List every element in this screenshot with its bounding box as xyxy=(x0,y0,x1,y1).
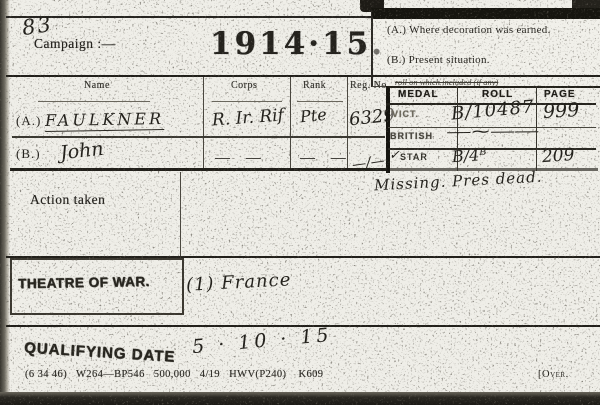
column-header-name: Name xyxy=(84,80,110,91)
victory-page-value: 999 xyxy=(542,99,579,123)
corps-value: R. Ir. Rif xyxy=(211,106,284,131)
form-print-code: (6 34 46) W264—BP546 500,000 4/19 HWV(P2… xyxy=(25,369,323,380)
surname-value: FAULKNER xyxy=(45,109,164,132)
column-divider xyxy=(290,77,291,168)
action-taken-label: Action taken xyxy=(30,192,105,208)
over-label: [Over. xyxy=(538,369,569,380)
column-header-rank: Rank xyxy=(303,80,326,91)
scan-bottom-edge xyxy=(0,392,600,405)
medal-row-victory-label: VICT. xyxy=(392,109,419,119)
campaign-label: Campaign :— xyxy=(34,36,116,52)
rank-value: Pte xyxy=(299,105,328,127)
action-section-divider xyxy=(180,172,181,256)
medal-row-star-label: STAR xyxy=(400,152,428,162)
legend-line-a: (A.) Where decoration was earned. xyxy=(387,24,551,36)
scan-left-edge xyxy=(0,0,10,405)
row-b-prefix: (B.) xyxy=(16,146,41,162)
star-roll-value: B/4ᴮ xyxy=(451,145,487,166)
header-underline xyxy=(212,101,282,102)
legend-line-b: (B.) Present situation. xyxy=(387,54,490,66)
british-ditto-mark: —~—— xyxy=(446,121,538,141)
medal-col-header: MEDAL xyxy=(398,89,439,100)
medal-row-british-label: BRITISH xyxy=(390,131,433,141)
qualifying-date-value: 5 · 10 · 15 xyxy=(191,324,333,358)
column-divider xyxy=(203,77,204,168)
star-tick-mark: ✓ xyxy=(389,148,400,163)
column-header-reg-no: Reg. No. xyxy=(350,80,390,91)
row-b-corps-dash: — — xyxy=(215,152,267,166)
page-col-header: PAGE xyxy=(544,89,576,100)
campaign-title: 1914·15. xyxy=(210,26,385,62)
theatre-of-war-stamp: THEATRE OF WAR. xyxy=(18,274,150,291)
qualifying-date-stamp: QUALIFYING DATE xyxy=(24,339,176,365)
theatre-of-war-value: (1) France xyxy=(186,269,292,295)
row-b-rank-dash: — — xyxy=(300,152,352,166)
header-underline xyxy=(38,101,150,102)
star-page-value: 209 xyxy=(541,145,575,167)
column-header-corps: Corps xyxy=(231,80,257,91)
row-a-prefix: (A.) xyxy=(16,113,41,129)
forename-value: John xyxy=(59,138,105,164)
header-underline xyxy=(297,101,343,102)
row-a-underline xyxy=(12,136,385,138)
